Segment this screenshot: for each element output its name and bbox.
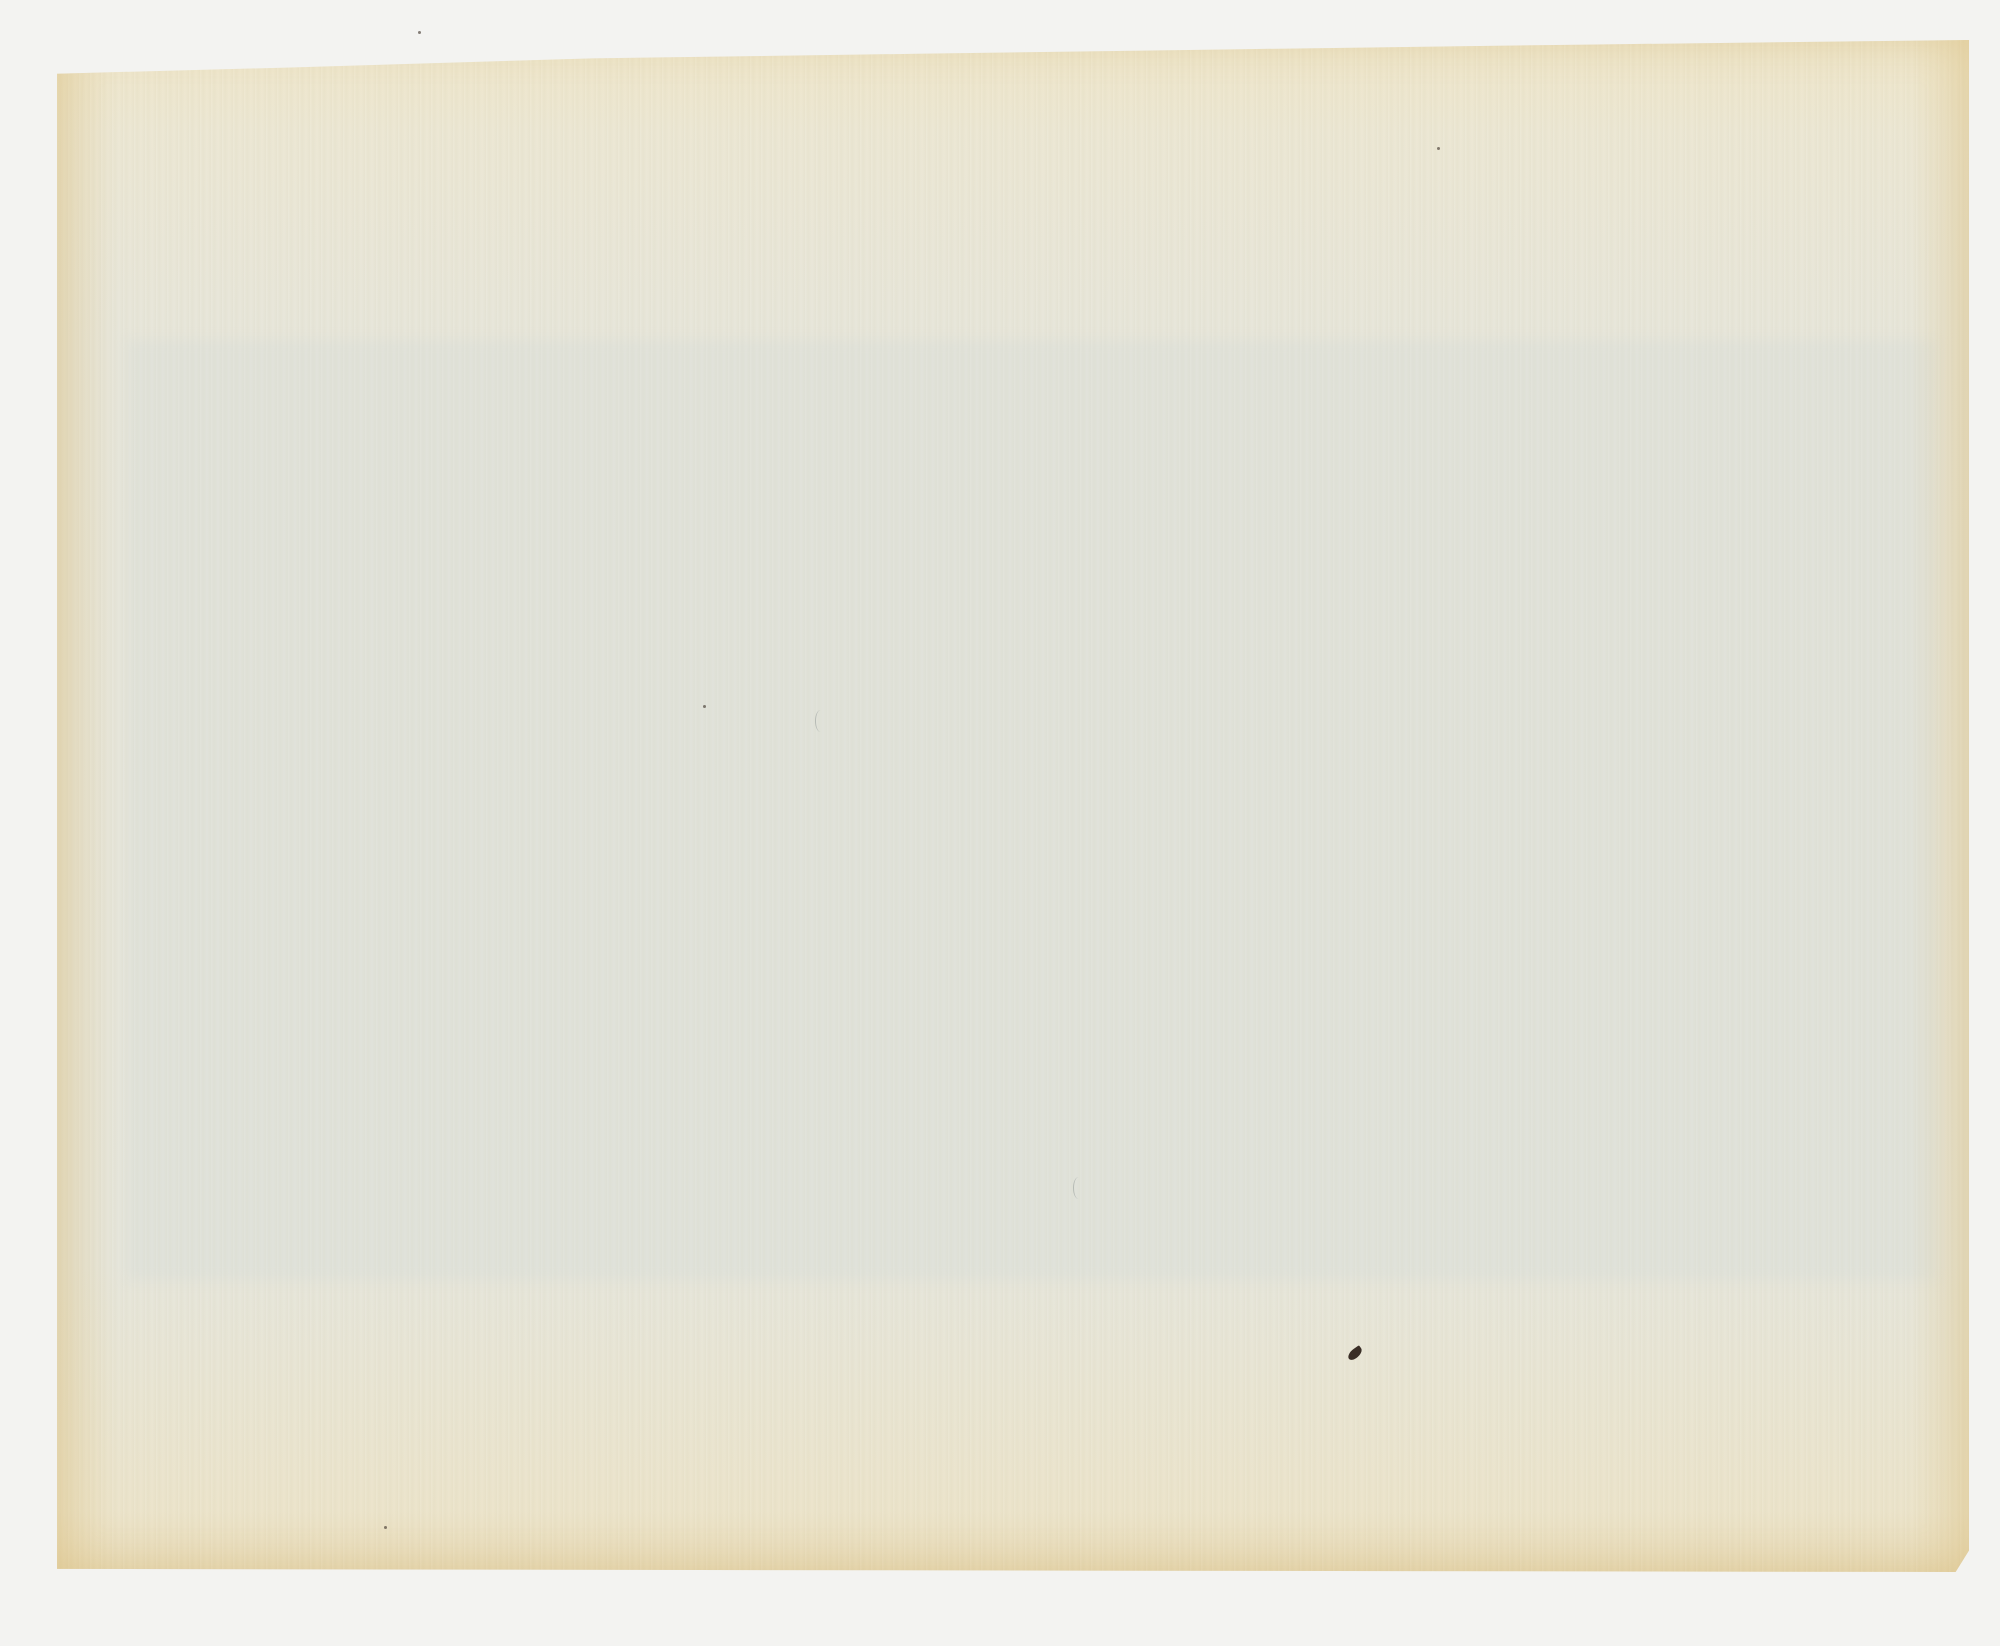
aged-edge-left [57,40,117,1572]
dust-speck [384,1526,387,1529]
dust-speck [1437,147,1440,150]
dust-speck [418,31,421,34]
print-showthrough-area [127,340,1937,1280]
dust-speck [703,705,706,708]
paper-sheet [57,40,1969,1572]
aged-edge-right [1909,40,1969,1572]
paper-fiber-mark [815,710,826,732]
paper-fiber-mark [1073,1177,1084,1199]
